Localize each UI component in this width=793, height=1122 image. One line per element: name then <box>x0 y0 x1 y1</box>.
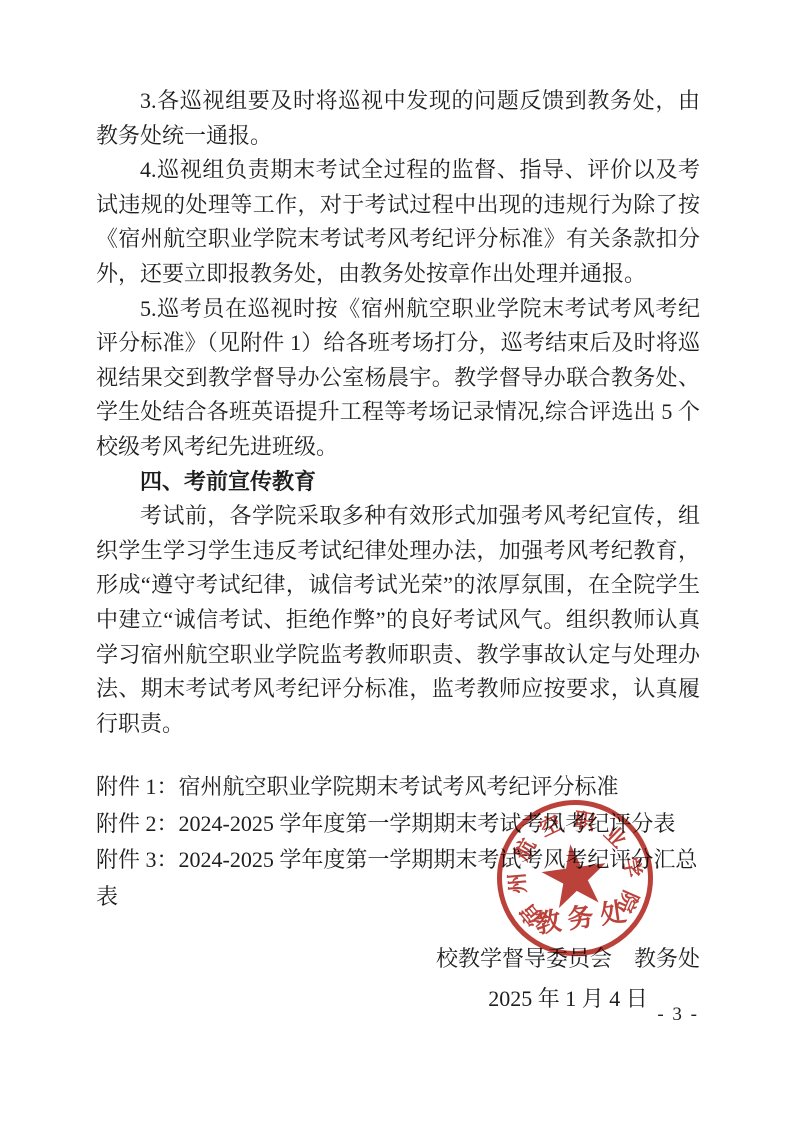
section-paragraph: 考试前，各学院采取多种有效形式加强考风考纪宣传，组织学生学习学生违反考试纪律处理… <box>96 499 700 741</box>
page-number: - 3 - <box>657 1004 699 1026</box>
attachments-list: 附件 1：宿州航空职业学院期末考试考风考纪评分标准 附件 2：2024-2025… <box>96 769 700 915</box>
paragraph-5: 5.巡考员在巡视时按《宿州航空职业学院末考试考风考纪评分标准》（见附件 1）给各… <box>96 292 700 465</box>
document-page: 3.各巡视组要及时将巡视中发现的问题反馈到教务处，由教务处统一通报。 4.巡视组… <box>0 0 793 1122</box>
paragraph-4: 4.巡视组负责期末考试全过程的监督、指导、评价以及考试违规的处理等工作，对于考试… <box>96 153 700 291</box>
section-heading: 四、考前宣传教育 <box>96 465 700 500</box>
attachment-item-3: 附件 3：2024-2025 学年度第一学期期末考试考风考纪评分汇总表 <box>96 842 700 915</box>
signature-line: 校教学督导委员会 教务处 <box>436 939 700 979</box>
attachment-item-1: 附件 1：宿州航空职业学院期末考试考风考纪评分标准 <box>96 769 700 806</box>
paragraph-3: 3.各巡视组要及时将巡视中发现的问题反馈到教务处，由教务处统一通报。 <box>96 84 700 153</box>
attachment-item-2: 附件 2：2024-2025 学年度第一学期期末考试考风考纪评分表 <box>96 806 700 843</box>
document-body: 3.各巡视组要及时将巡视中发现的问题反馈到教务处，由教务处统一通报。 4.巡视组… <box>96 84 700 1019</box>
